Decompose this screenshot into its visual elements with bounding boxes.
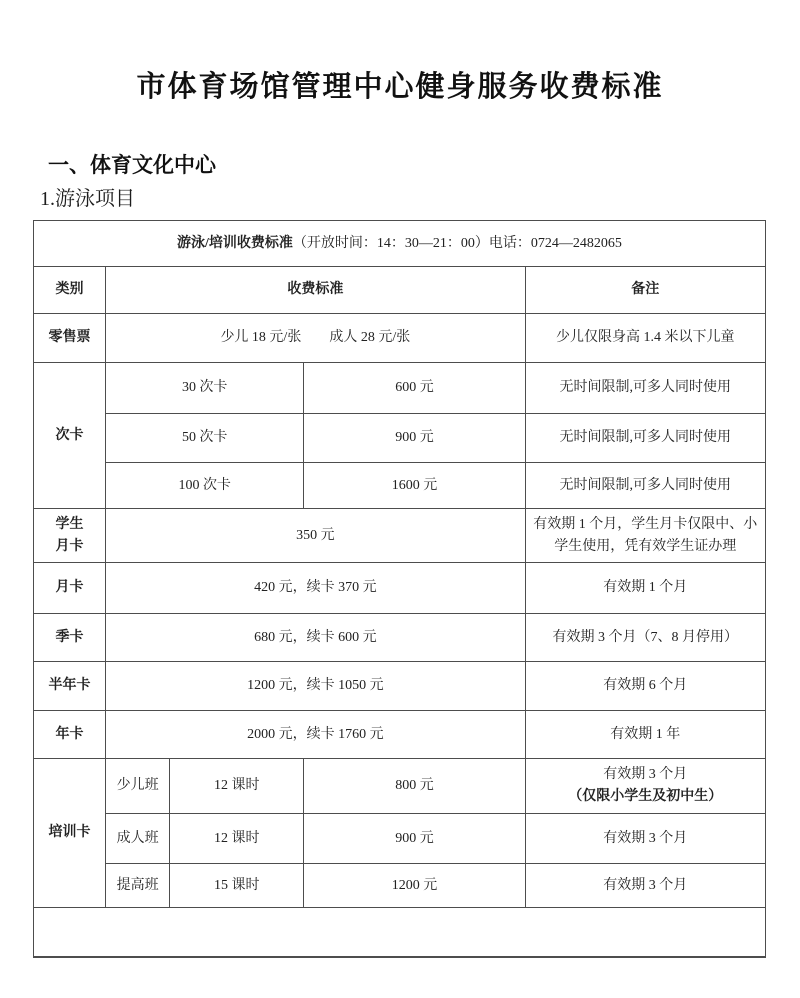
month-price: 420 元，续卡 370 元	[106, 563, 526, 614]
row-punch-card-30: 次卡 30 次卡 600 元 无时间限制,可多人同时使用	[34, 363, 766, 414]
col-header-category: 类别	[34, 267, 106, 314]
punch-100-remark: 无时间限制,可多人同时使用	[525, 463, 765, 509]
row-student-month-card: 学生 月卡 350 元 有效期 1 个月，学生月卡仅限中、小学生使用，凭有效学生…	[34, 509, 766, 563]
quarter-label: 季卡	[34, 614, 106, 662]
student-month-remark: 有效期 1 个月，学生月卡仅限中、小学生使用，凭有效学生证办理	[525, 509, 765, 563]
punch-card-label: 次卡	[34, 363, 106, 509]
half-year-label: 半年卡	[34, 662, 106, 711]
training-kids-remark-cell: 有效期 3 个月 （仅限小学生及初中生）	[525, 759, 765, 814]
training-adult-price: 900 元	[304, 814, 525, 864]
table-header-row: 类别 收费标准 备注	[34, 267, 766, 314]
row-half-year-card: 半年卡 1200 元，续卡 1050 元 有效期 6 个月	[34, 662, 766, 711]
row-training-adult: 成人班 12 课时 900 元 有效期 3 个月	[34, 814, 766, 864]
subsection-heading: 1.游泳项目	[40, 187, 800, 211]
student-month-price: 350 元	[106, 509, 526, 563]
training-adult-remark: 有效期 3 个月	[525, 814, 765, 864]
training-kids-remark: 有效期 3 个月	[530, 764, 761, 786]
training-adult-name: 成人班	[106, 814, 170, 864]
table-title-info: （开放时间：14：30—21：00）电话：0724—2482065	[293, 236, 622, 251]
quarter-price: 680 元，续卡 600 元	[106, 614, 526, 662]
punch-30-price: 600 元	[304, 363, 525, 414]
punch-30-name: 30 次卡	[106, 363, 304, 414]
row-quarter-card: 季卡 680 元，续卡 600 元 有效期 3 个月（7、8 月停用）	[34, 614, 766, 662]
row-month-card: 月卡 420 元，续卡 370 元 有效期 1 个月	[34, 563, 766, 614]
training-kids-name: 少儿班	[106, 759, 170, 814]
table-title-row: 游泳/培训收费标准（开放时间：14：30—21：00）电话：0724—24820…	[34, 221, 766, 267]
training-card-label: 培训卡	[34, 759, 106, 908]
punch-100-price: 1600 元	[304, 463, 525, 509]
training-advanced-price: 1200 元	[304, 864, 525, 908]
row-empty	[34, 908, 766, 957]
punch-100-name: 100 次卡	[106, 463, 304, 509]
training-adult-hours: 12 课时	[170, 814, 304, 864]
punch-50-name: 50 次卡	[106, 414, 304, 463]
month-remark: 有效期 1 个月	[525, 563, 765, 614]
row-punch-card-100: 100 次卡 1600 元 无时间限制,可多人同时使用	[34, 463, 766, 509]
section-heading: 一、体育文化中心	[48, 154, 800, 178]
punch-30-remark: 无时间限制,可多人同时使用	[525, 363, 765, 414]
row-retail-ticket: 零售票 少儿 18 元/张 成人 28 元/张 少儿仅限身高 1.4 米以下儿童	[34, 314, 766, 363]
year-remark: 有效期 1 年	[525, 711, 765, 759]
half-year-price: 1200 元，续卡 1050 元	[106, 662, 526, 711]
col-header-remark: 备注	[525, 267, 765, 314]
document-title: 市体育场馆管理中心健身服务收费标准	[0, 0, 800, 104]
row-training-kids: 培训卡 少儿班 12 课时 800 元 有效期 3 个月 （仅限小学生及初中生）	[34, 759, 766, 814]
retail-remark: 少儿仅限身高 1.4 米以下儿童	[525, 314, 765, 363]
training-advanced-remark: 有效期 3 个月	[525, 864, 765, 908]
training-advanced-hours: 15 课时	[170, 864, 304, 908]
punch-50-price: 900 元	[304, 414, 525, 463]
training-kids-remark-note: （仅限小学生及初中生）	[530, 786, 761, 808]
row-year-card: 年卡 2000 元，续卡 1760 元 有效期 1 年	[34, 711, 766, 759]
year-price: 2000 元，续卡 1760 元	[106, 711, 526, 759]
year-label: 年卡	[34, 711, 106, 759]
punch-50-remark: 无时间限制,可多人同时使用	[525, 414, 765, 463]
training-kids-hours: 12 课时	[170, 759, 304, 814]
training-kids-price: 800 元	[304, 759, 525, 814]
quarter-remark: 有效期 3 个月（7、8 月停用）	[525, 614, 765, 662]
empty-cell	[34, 908, 766, 957]
half-year-remark: 有效期 6 个月	[525, 662, 765, 711]
row-training-advanced: 提高班 15 课时 1200 元 有效期 3 个月	[34, 864, 766, 908]
document-page: 市体育场馆管理中心健身服务收费标准 一、体育文化中心 1.游泳项目 游泳/培训收…	[0, 0, 800, 998]
retail-label: 零售票	[34, 314, 106, 363]
row-punch-card-50: 50 次卡 900 元 无时间限制,可多人同时使用	[34, 414, 766, 463]
table-title-text: 游泳/培训收费标准	[177, 236, 293, 251]
month-label: 月卡	[34, 563, 106, 614]
training-advanced-name: 提高班	[106, 864, 170, 908]
fee-table: 游泳/培训收费标准（开放时间：14：30—21：00）电话：0724—24820…	[33, 220, 766, 958]
retail-price: 少儿 18 元/张 成人 28 元/张	[106, 314, 526, 363]
table-title-cell: 游泳/培训收费标准（开放时间：14：30—21：00）电话：0724—24820…	[34, 221, 766, 267]
col-header-price: 收费标准	[106, 267, 526, 314]
student-month-label: 学生 月卡	[34, 509, 106, 563]
